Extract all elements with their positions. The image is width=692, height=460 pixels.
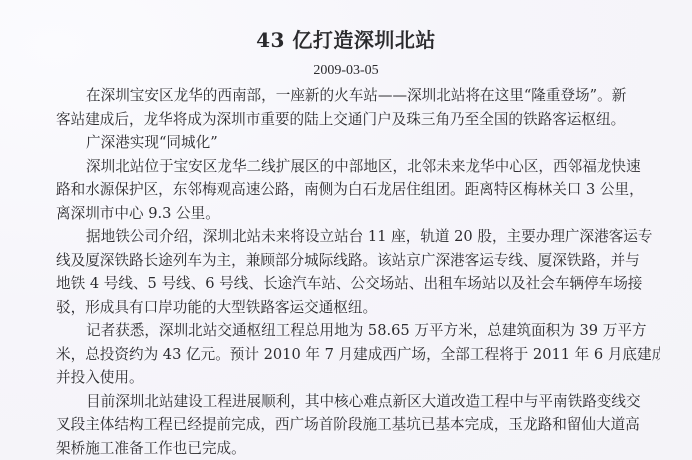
paragraph-intro: 在深圳宝安区龙华的西南部，一座新的火车站——深圳北站将在这里“隆重登场”。新 客… <box>26 84 660 131</box>
paragraph-facilities: 据地铁公司介绍，深圳北站未来将设立站台 11 座，轨道 20 股，主要办理广深港… <box>26 225 660 319</box>
text-line: 并投入使用。 <box>26 366 660 390</box>
text-line: 驳，形成具有口岸功能的大型铁路客运交通枢纽。 <box>26 296 660 320</box>
document-page: 43 亿打造深圳北站 2009-03-05 在深圳宝安区龙华的西南部，一座新的火… <box>0 0 692 460</box>
paragraph-progress: 目前深圳北站建设工程进展顺利，其中核心难点新区大道改造工程中与平南铁路变线交 叉… <box>26 390 660 460</box>
text-line: 地铁 4 号线、5 号线、6 号线、长途汽车站、公交场站、出租车场站以及社会车辆… <box>26 272 660 296</box>
text-line: 记者获悉，深圳北站交通枢纽工程总用地为 58.65 万平方米，总建筑面积为 39… <box>26 319 660 343</box>
article-title: 43 亿打造深圳北站 <box>0 27 692 53</box>
text-line: 架桥施工准备工作也已完成。 <box>26 437 660 460</box>
subheading-text: 广深港实现“同城化” <box>26 131 660 155</box>
text-line: 据地铁公司介绍，深圳北站未来将设立站台 11 座，轨道 20 股，主要办理广深港… <box>26 225 660 249</box>
text-line: 离深圳市中心 9.3 公里。 <box>26 202 660 226</box>
section-heading: 广深港实现“同城化” <box>26 131 660 155</box>
paragraph-investment: 记者获悉，深圳北站交通枢纽工程总用地为 58.65 万平方米，总建筑面积为 39… <box>26 319 660 390</box>
text-line: 深圳北站位于宝安区龙华二线扩展区的中部地区，北邻未来龙华中心区，西邻福龙快速 <box>26 155 660 179</box>
text-line: 叉段主体结构工程已经提前完成，西广场首阶段施工基坑已基本完成，玉龙路和留仙大道高 <box>26 413 660 437</box>
text-line: 客站建成后，龙华将成为深圳市重要的陆上交通门户及珠三角乃至全国的铁路客运枢纽。 <box>26 108 660 132</box>
article-date: 2009-03-05 <box>0 61 692 81</box>
text-line: 线及厦深铁路长途列车为主，兼顾部分城际线路。该站京广深港客运专线、厦深铁路，并与 <box>26 249 660 273</box>
text-line: 米，总投资约为 43 亿元。预计 2010 年 7 月建成西广场，全部工程将于 … <box>26 343 660 367</box>
text-line: 在深圳宝安区龙华的西南部，一座新的火车站——深圳北站将在这里“隆重登场”。新 <box>26 84 660 108</box>
text-line: 路和水源保护区，东邻梅观高速公路，南侧为白石龙居住组团。距离特区梅林关口 3 公… <box>26 178 660 202</box>
text-line: 目前深圳北站建设工程进展顺利，其中核心难点新区大道改造工程中与平南铁路变线交 <box>26 390 660 414</box>
article-body: 在深圳宝安区龙华的西南部，一座新的火车站——深圳北站将在这里“隆重登场”。新 客… <box>26 84 660 460</box>
paragraph-location: 深圳北站位于宝安区龙华二线扩展区的中部地区，北邻未来龙华中心区，西邻福龙快速 路… <box>26 155 660 226</box>
